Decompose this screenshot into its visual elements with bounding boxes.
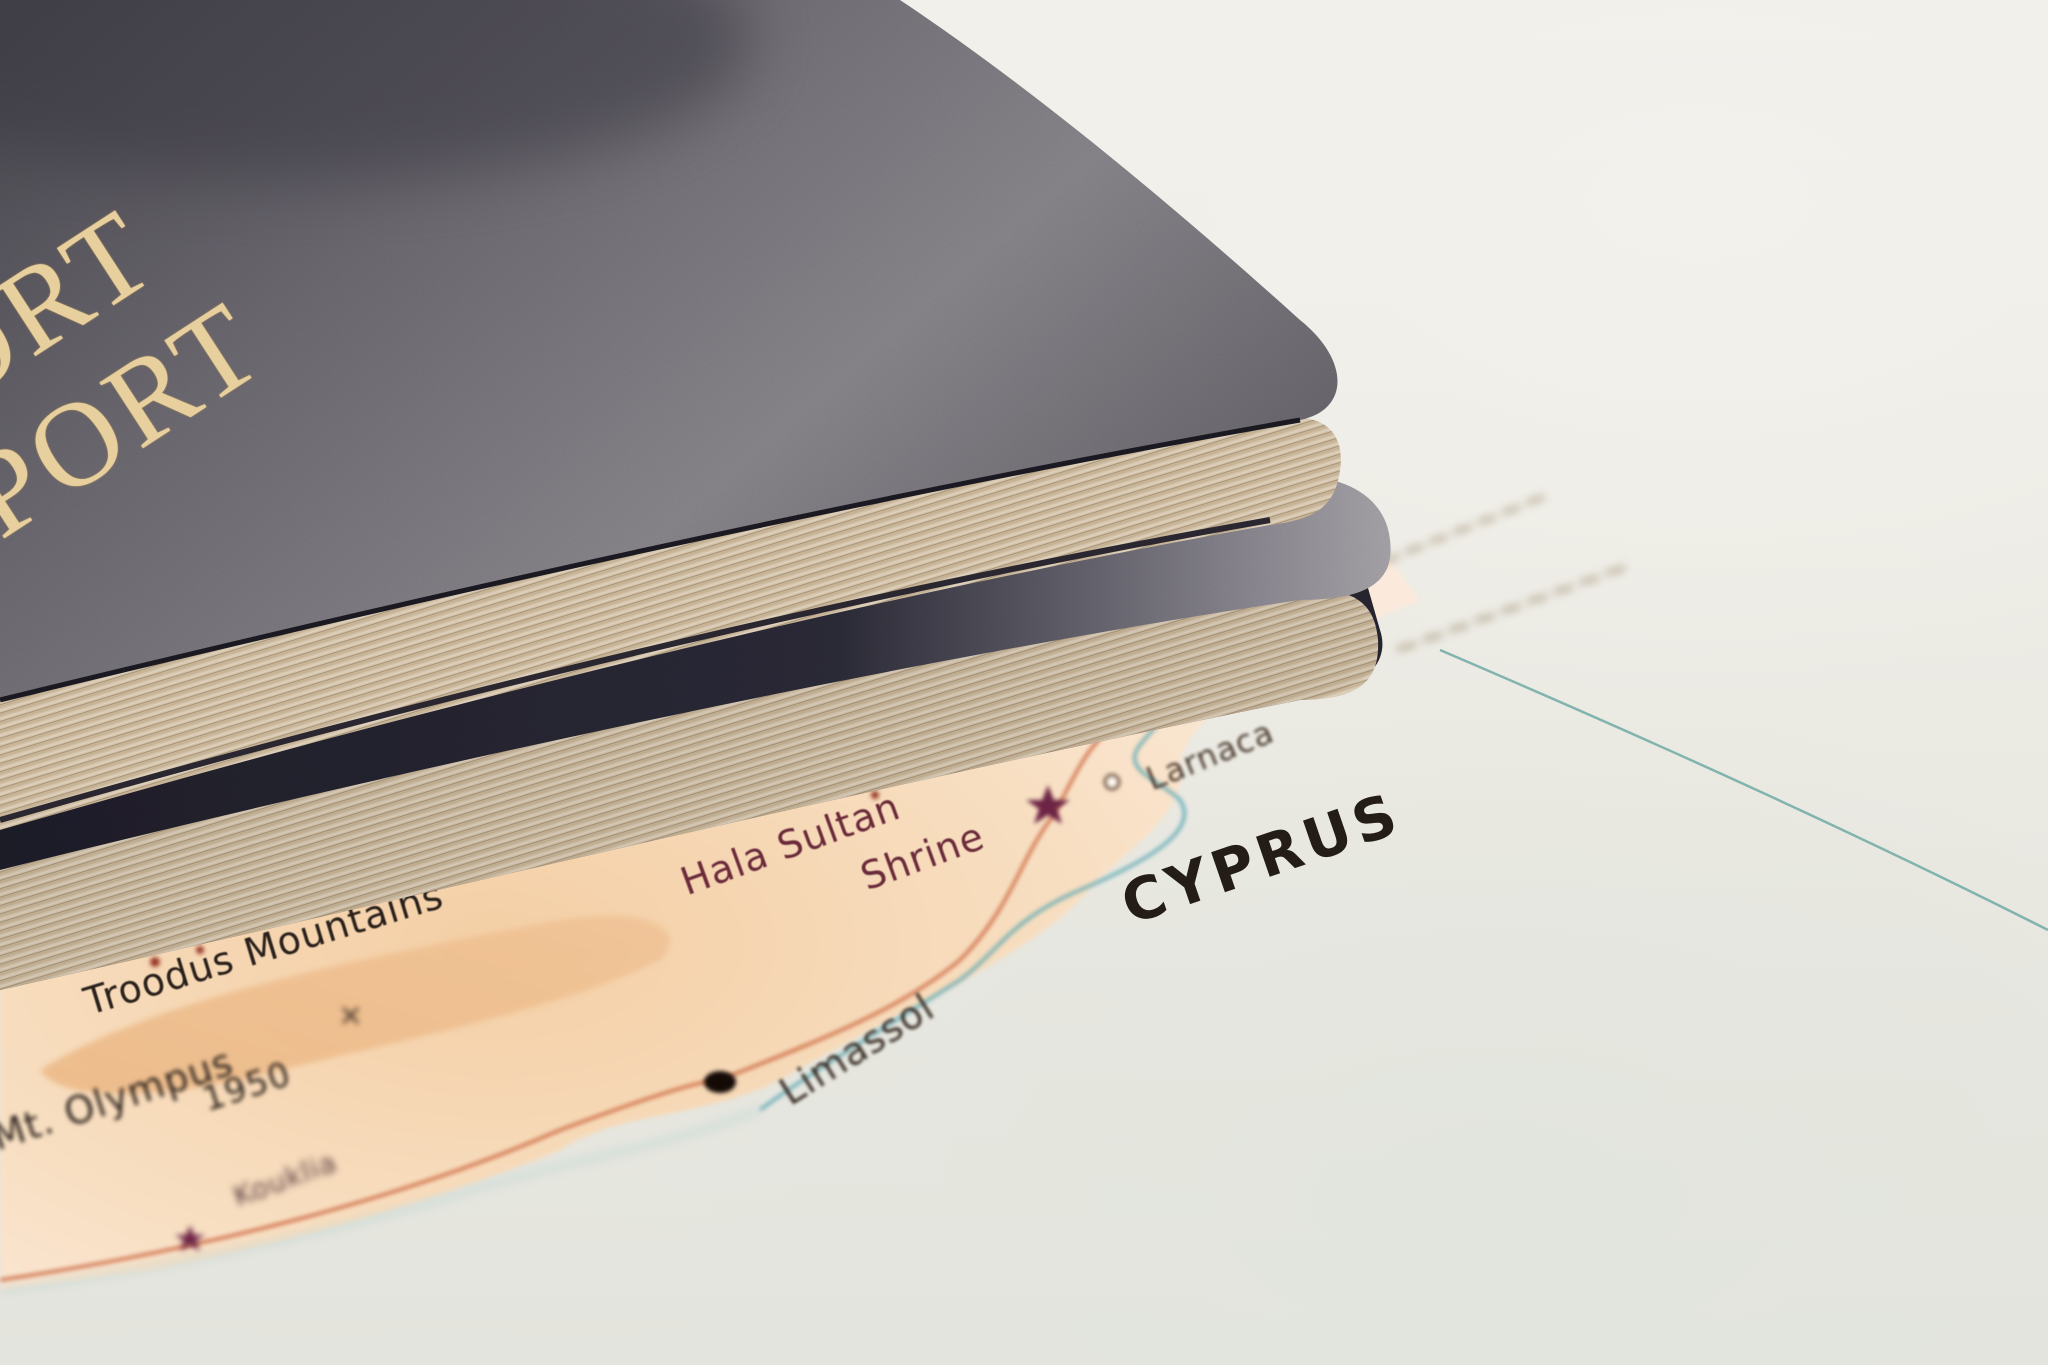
photo-scene: × CYPRUS Troodus Mountains Hala Sultan S… — [0, 0, 2048, 1365]
passports — [0, 0, 2048, 1365]
